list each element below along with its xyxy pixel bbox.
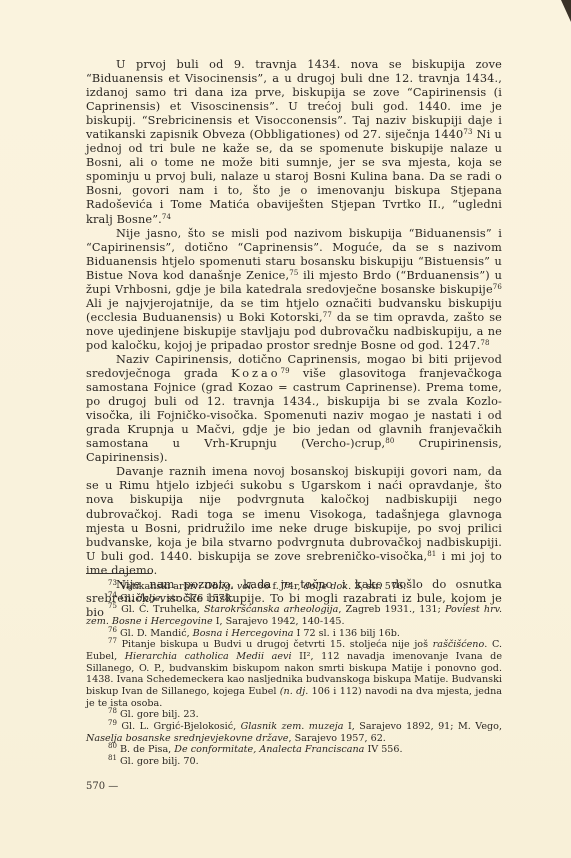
paragraph-4: Davanje raznih imena novoj bosanskoj bis… <box>86 465 502 577</box>
footnote-number: 80 <box>108 742 117 750</box>
footnote-76: 76 Gl. D. Mandić, Bosna i Hercegovina I … <box>86 628 502 640</box>
italic-title: Oblig. vol. <box>205 581 255 592</box>
footnote-80: 80 B. de Pisa, De conformitate, Analecta… <box>86 744 502 756</box>
footnote-text: IV 556. <box>364 744 402 755</box>
footnote-number: 73 <box>108 579 117 587</box>
footnotes: 73 Vatikanski arhiv: Oblig. vol. 66 f. 7… <box>86 581 502 768</box>
footnote-ref-73[interactable]: 73 <box>463 128 472 136</box>
italic-title: dolje <box>137 593 161 604</box>
footnote-ref-80[interactable]: 80 <box>385 437 394 445</box>
footnote-text: Vatikanski arhiv: <box>120 581 205 592</box>
italic-title: Bosna i Hercegovina <box>193 628 294 639</box>
footnote-ref-79[interactable]: 79 <box>281 367 290 375</box>
paragraph-1: U prvoj buli od 9. travnja 1434. nova se… <box>86 58 502 227</box>
footnote-text: I 72 sl. i 136 bilj 16b. <box>293 628 399 639</box>
footnote-text: Gl. gore bilj. 70. <box>120 756 199 767</box>
main-text: U prvoj buli od 9. travnja 1434. nova se… <box>86 58 502 620</box>
paragraph-3: Naziv Capirinensis, dotično Caprinensis,… <box>86 353 502 465</box>
footnote-74: 74 Gl. dolje, str. 576 i 578. <box>86 593 502 605</box>
italic-title: De conformitate, Analecta Franciscana <box>174 744 364 755</box>
footnote-78: 78 Gl. gore bilj. 23. <box>86 709 502 721</box>
footnote-text: , Sarajevo 1957, 62. <box>288 733 385 744</box>
italic-title: dolje dok. <box>304 581 351 592</box>
footnote-73: 73 Vatikanski arhiv: Oblig. vol. 66 f. 7… <box>86 581 502 593</box>
footnote-ref-77[interactable]: 77 <box>323 311 332 319</box>
page-corner-shadow <box>561 0 571 22</box>
italic-title: (n. dj. <box>280 686 309 697</box>
page-number: 570 — <box>86 781 118 792</box>
footnote-text: Pitanje biskupa u Budvi u drugoj četvrti… <box>122 639 433 650</box>
footnote-text: Gl. <box>120 593 137 604</box>
footnote-81: 81 Gl. gore bilj. 70. <box>86 756 502 768</box>
footnote-separator <box>86 573 152 574</box>
italic-title: Hierarchia catholica Medii aevi <box>125 651 292 662</box>
footnote-number: 76 <box>108 626 117 634</box>
footnote-number: 77 <box>108 637 117 645</box>
footnote-75: 75 Gl. Ć. Truhelka, Starokršćanska arheo… <box>86 604 502 627</box>
book-page: U prvoj buli od 9. travnja 1434. nova se… <box>0 0 571 858</box>
spaced-term-kozao: Kozao <box>231 367 280 380</box>
footnote-text: I, Sarajevo 1892, 91; M. Vego, <box>344 721 502 732</box>
footnote-text: I, Sarajevo 1942, 140-145. <box>213 616 345 627</box>
footnote-number: 74 <box>108 591 117 599</box>
footnote-text: 66 f. 74r, <box>254 581 303 592</box>
italic-title: Starokršćanska arheologija <box>204 604 338 615</box>
footnote-77: 77 Pitanje biskupa u Budvi u drugoj četv… <box>86 639 502 709</box>
footnote-number: 79 <box>108 719 117 727</box>
footnote-text: Gl. D. Mandić, <box>120 628 193 639</box>
footnote-ref-74[interactable]: 74 <box>162 213 171 221</box>
footnote-text: Gl. L. Grgić-Bjelokosić, <box>121 721 240 732</box>
footnote-text: , str. 576 i 578. <box>160 593 233 604</box>
footnote-ref-76[interactable]: 76 <box>493 283 502 291</box>
footnote-text: Gl. Ć. Truhelka, <box>121 604 204 615</box>
footnote-79: 79 Gl. L. Grgić-Bjelokosić, Glasnik zem.… <box>86 721 502 744</box>
footnote-number: 81 <box>108 754 117 762</box>
footnote-number: 75 <box>108 602 117 610</box>
italic-title: Glasnik zem. muzeja <box>241 721 344 732</box>
footnote-text: , Zagreb 1931., 131; <box>338 604 445 615</box>
footnote-ref-78[interactable]: 78 <box>480 339 489 347</box>
paragraph-2: Nije jasno, što se misli pod nazivom bis… <box>86 227 502 353</box>
italic-title: raščišćeno <box>433 639 485 650</box>
footnote-text: Gl. gore bilj. 23. <box>120 709 199 720</box>
footnote-text: 3, str. 576. <box>351 581 406 592</box>
footnote-text: B. de Pisa, <box>120 744 174 755</box>
footnote-number: 78 <box>108 707 117 715</box>
